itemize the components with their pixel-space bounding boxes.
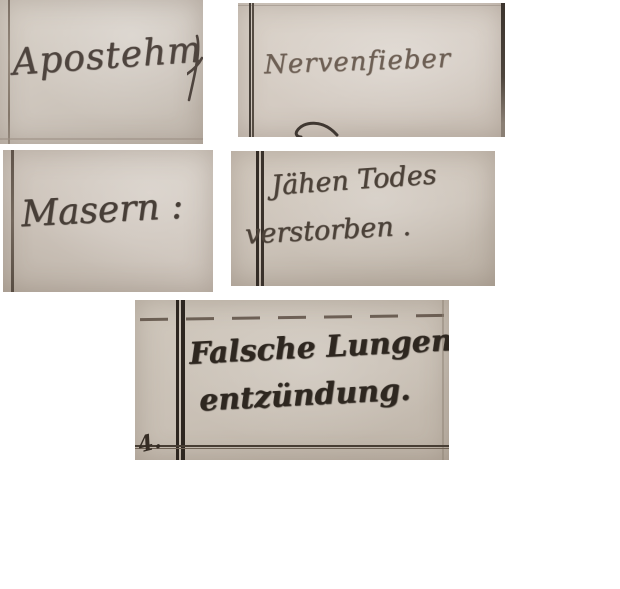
cutoff-stroke (187, 34, 203, 104)
margin-number: 4. (135, 428, 164, 459)
handwriting-line: Jähen Todes (270, 159, 437, 201)
ruled-vertical-line (11, 150, 14, 292)
handwritten-entry-2: Nervenfieber (238, 3, 505, 137)
handwriting-line: Masern : (20, 186, 184, 235)
dashed-ruled-line (140, 314, 445, 321)
ruled-horizontal-line (135, 445, 449, 450)
ruled-vertical-line (249, 3, 254, 137)
handwritten-entry-5: Falsche Lungen entzündung. 4. (135, 300, 449, 460)
handwriting-line: entzündung. (198, 372, 411, 418)
photo-edge-line (501, 3, 505, 137)
collage-canvas: Apostehm Nervenfieber Masern : Jähen Tod… (0, 0, 620, 589)
ruled-horizontal-line (0, 138, 203, 140)
ruled-vertical-line (8, 0, 10, 144)
handwritten-entry-1: Apostehm (0, 0, 203, 144)
handwriting-line: Nervenfieber (264, 44, 452, 81)
handwriting-line: Apostehm (11, 29, 203, 83)
handwriting-line: verstorben . (244, 211, 411, 251)
cutoff-stroke (293, 121, 339, 137)
handwriting-line: Falsche Lungen (188, 323, 449, 372)
handwritten-entry-4: Jähen Todes verstorben . (231, 151, 495, 286)
ruled-horizontal-line (238, 5, 505, 6)
handwritten-entry-3: Masern : (3, 150, 213, 292)
ruled-vertical-line (176, 300, 185, 460)
